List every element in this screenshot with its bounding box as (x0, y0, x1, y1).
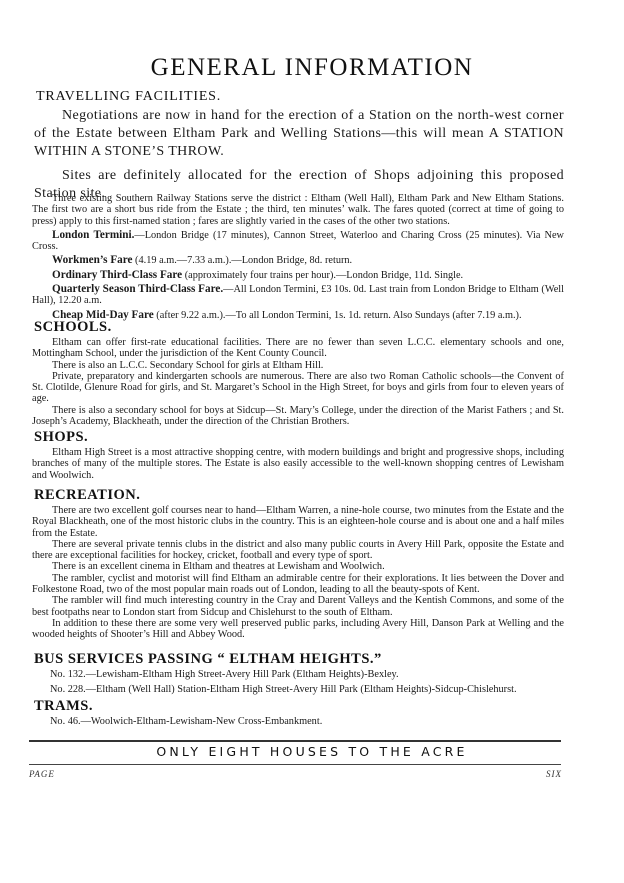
bus-route: No. 228.—Eltham (Well Hall) Station-Elth… (50, 682, 517, 697)
lead-paragraph-1: Negotiations are now in hand for the ere… (34, 107, 564, 161)
lead-station: Negotiations are now in hand for the ere… (34, 107, 564, 203)
footer-page-label: PAGE (29, 769, 55, 779)
schools-paragraph: There is also an L.C.C. Secondary School… (32, 360, 564, 371)
recreation-paragraph: In addition to these there are some very… (32, 618, 564, 641)
bus-route: No. 132.—Lewisham-Eltham High Street-Ave… (50, 667, 517, 682)
fare-text: (4.19 a.m.—7.33 a.m.).—London Bridge, 8d… (132, 255, 352, 266)
bus-routes: No. 132.—Lewisham-Eltham High Street-Ave… (50, 667, 517, 697)
heading-travelling: TRAVELLING FACILITIES. (36, 89, 221, 105)
fare-item: Cheap Mid-Day Fare (after 9.22 a.m.).—To… (32, 310, 564, 321)
fare-label: Workmen’s Fare (52, 254, 132, 266)
page-title: GENERAL INFORMATION (0, 54, 624, 82)
schools-body: Eltham can offer first-rate educational … (32, 337, 564, 427)
tram-route: No. 46.—Woolwich-Eltham-Lewisham-New Cro… (50, 714, 322, 729)
heading-trams: TRAMS. (34, 698, 93, 715)
recreation-paragraph: The rambler, cyclist and motorist will f… (32, 573, 564, 596)
fare-text: (approximately four trains per hour).—Lo… (182, 270, 463, 281)
recreation-paragraph: The rambler will find much interesting c… (32, 595, 564, 618)
shops-body: Eltham High Street is a most attractive … (32, 447, 564, 481)
schools-paragraph: Eltham can offer first-rate educational … (32, 337, 564, 360)
recreation-paragraph: There are two excellent golf courses nea… (32, 505, 564, 539)
recreation-paragraph: There is an excellent cinema in Eltham a… (32, 561, 564, 572)
fare-label: Quarterly Season Third-Class Fare. (52, 283, 223, 295)
heading-schools: SCHOOLS. (34, 319, 112, 336)
fare-item: Ordinary Third-Class Fare (approximately… (32, 270, 564, 281)
top-rule (29, 740, 561, 742)
travelling-intro: Three existing Southern Railway Stations… (32, 193, 564, 227)
bottom-rule (29, 764, 561, 765)
fare-text: (after 9.22 a.m.).—To all London Termini… (154, 310, 522, 321)
fare-item: Quarterly Season Third-Class Fare.—All L… (32, 284, 564, 307)
recreation-body: There are two excellent golf courses nea… (32, 505, 564, 641)
schools-paragraph: Private, preparatory and kindergarten sc… (32, 371, 564, 405)
heading-shops: SHOPS. (34, 429, 88, 446)
recreation-paragraph: There are several private tennis clubs i… (32, 539, 564, 562)
fare-label: London Termini. (52, 229, 134, 241)
fare-item: Workmen’s Fare (4.19 a.m.—7.33 a.m.).—Lo… (32, 255, 564, 266)
fare-label: Ordinary Third-Class Fare (52, 269, 182, 281)
fare-item: London Termini.—London Bridge (17 minute… (32, 230, 564, 253)
slogan-banner: ONLY EIGHT HOUSES TO THE ACRE (0, 744, 624, 759)
footer-page-number: SIX (546, 769, 562, 779)
heading-bus-services: BUS SERVICES PASSING “ ELTHAM HEIGHTS.” (34, 651, 382, 668)
travelling-details: Three existing Southern Railway Stations… (32, 193, 564, 321)
tram-routes: No. 46.—Woolwich-Eltham-Lewisham-New Cro… (50, 714, 322, 729)
shops-paragraph: Eltham High Street is a most attractive … (32, 447, 564, 481)
heading-recreation: RECREATION. (34, 487, 140, 504)
schools-paragraph: There is also a secondary school for boy… (32, 405, 564, 428)
